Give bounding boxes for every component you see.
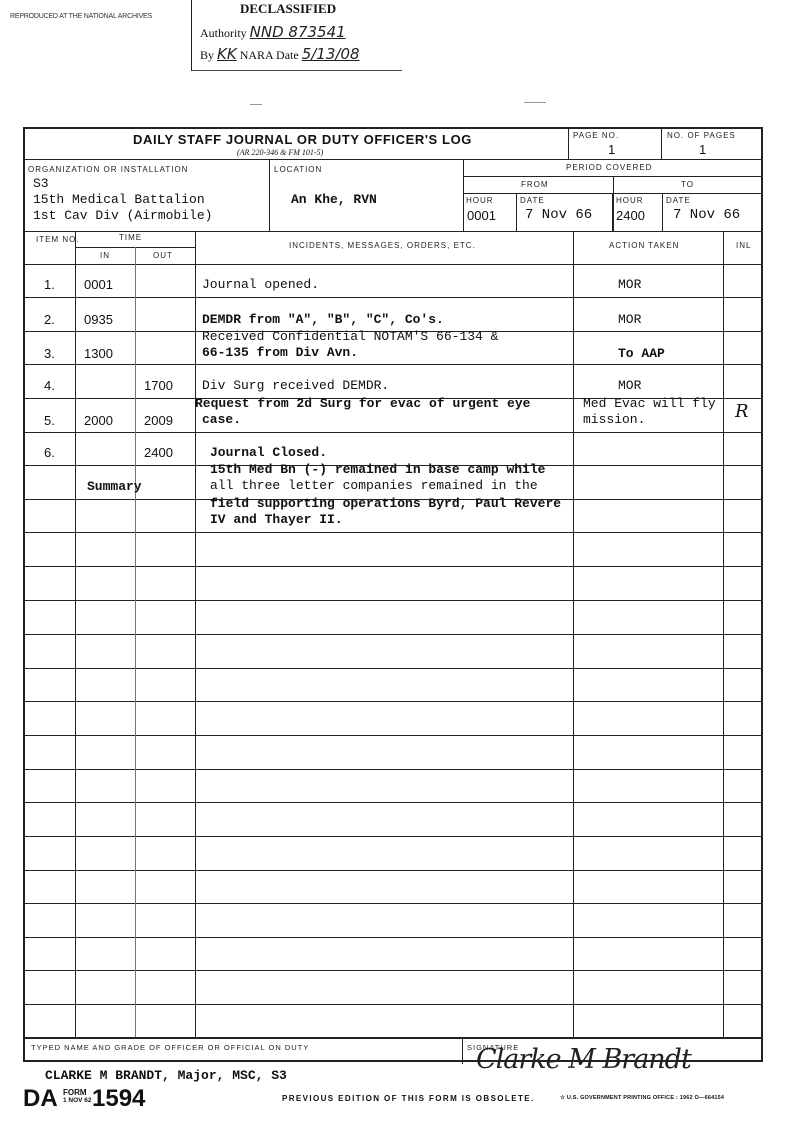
time-out: 2400 — [144, 445, 173, 460]
summary-line: field supporting operations Byrd, Paul R… — [210, 496, 561, 511]
summary-line: IV and Thayer II. — [210, 512, 343, 527]
time-header: TIME — [119, 233, 142, 242]
inl-header: INL — [736, 241, 751, 250]
scan-mark — [524, 102, 546, 103]
location-label: LOCATION — [274, 165, 322, 174]
time-in: 1300 — [84, 346, 113, 361]
form-title: DAILY STAFF JOURNAL OR DUTY OFFICER'S LO… — [133, 132, 472, 147]
incidents-header: INCIDENTS, MESSAGES, ORDERS, ETC. — [289, 241, 476, 250]
to-date-label: DATE — [666, 196, 691, 205]
by-label: By — [200, 48, 214, 62]
incident-text: Journal opened. — [202, 277, 319, 292]
rule — [463, 176, 761, 177]
from-label: FROM — [521, 180, 549, 189]
no-of-pages: 1 — [699, 142, 706, 157]
declassified-title: DECLASSIFIED — [240, 1, 336, 17]
action-text: MOR — [618, 378, 641, 393]
summary-line: all three letter companies remained in t… — [210, 478, 538, 493]
typed-name-label: TYPED NAME AND GRADE OF OFFICER OR OFFIC… — [31, 1043, 309, 1052]
item-no: 6. — [44, 445, 55, 460]
item-no-header: ITEM NO. — [36, 235, 80, 244]
from-hour: 0001 — [467, 208, 496, 223]
action-text: To AAP — [618, 346, 665, 361]
page-no: 1 — [608, 142, 615, 157]
to-hour-label: HOUR — [616, 196, 644, 205]
time-in: 0935 — [84, 312, 113, 327]
item-no: 1. — [44, 277, 55, 292]
incident-text: DEMDR from "A", "B", "C", Co's. — [202, 312, 444, 327]
from-date-label: DATE — [520, 196, 545, 205]
time-in: 0001 — [84, 277, 113, 292]
from-hour-label: HOUR — [466, 196, 494, 205]
form-edition: FORM 1 NOV 62 — [63, 1089, 92, 1105]
nara-date-label: NARA Date — [240, 48, 299, 62]
time-out: 1700 — [144, 378, 173, 393]
rule — [25, 159, 761, 160]
organization-label: ORGANIZATION OR INSTALLATION — [28, 165, 188, 174]
to-hour: 2400 — [616, 208, 645, 223]
form-number: 1594 — [92, 1085, 145, 1113]
item-no: 5. — [44, 413, 55, 428]
incident-text: case. — [202, 412, 241, 427]
authority-value: NND 873541 — [250, 23, 346, 41]
from-date: 7 Nov 66 — [525, 207, 592, 223]
time-out: 2009 — [144, 413, 173, 428]
rule — [25, 231, 761, 232]
to-label: TO — [681, 180, 694, 189]
by-line: By KK NARA Date 5/13/08 — [200, 45, 360, 63]
action-text: MOR — [618, 277, 641, 292]
period-covered-label: PERIOD COVERED — [566, 163, 652, 172]
authority-line: Authority NND 873541 — [200, 23, 346, 41]
declassified-stamp: DECLASSIFIED Authority NND 873541 By KK … — [191, 0, 402, 71]
gpo-note: ☆ U.S. GOVERNMENT PRINTING OFFICE : 1962… — [560, 1095, 724, 1101]
action-taken-header: ACTION TAKEN — [609, 241, 679, 250]
signature: Clarke M Brandt — [476, 1044, 691, 1075]
scan-mark — [250, 104, 262, 105]
form-subtitle: (AR 220-346 & FM 101-5) — [237, 148, 323, 157]
action-text: Med Evac will fly — [583, 396, 716, 411]
page-no-label: PAGE NO. — [573, 131, 619, 140]
to-date: 7 Nov 66 — [673, 207, 740, 223]
organization-line: S3 — [33, 176, 49, 191]
action-text: MOR — [618, 312, 641, 327]
item-no: 2. — [44, 312, 55, 327]
form-prefix: DA — [23, 1085, 58, 1113]
typed-name: CLARKE M BRANDT, Major, MSC, S3 — [45, 1068, 287, 1083]
incident-text: Div Surg received DEMDR. — [202, 378, 389, 393]
journal-form: DAILY STAFF JOURNAL OR DUTY OFFICER'S LO… — [23, 127, 763, 1062]
nara-date-value: 5/13/08 — [302, 45, 360, 63]
incident-text: Request from 2d Surg for evac of urgent … — [195, 396, 530, 411]
summary-line: 15th Med Bn (-) remained in base camp wh… — [210, 462, 545, 477]
in-header: IN — [100, 251, 110, 260]
authority-label: Authority — [200, 26, 247, 40]
incident-text: 66-135 from Div Avn. — [202, 345, 358, 360]
by-value: KK — [217, 45, 237, 63]
summary-label: Summary — [87, 479, 142, 494]
form-date: 1 NOV 62 — [63, 1097, 92, 1105]
incident-text: Journal Closed. — [210, 445, 327, 460]
organization-line: 1st Cav Div (Airmobile) — [33, 208, 212, 223]
action-text: mission. — [583, 412, 645, 427]
previous-edition-note: PREVIOUS EDITION OF THIS FORM IS OBSOLET… — [282, 1094, 535, 1103]
item-no: 3. — [44, 346, 55, 361]
no-of-pages-label: NO. OF PAGES — [667, 131, 736, 140]
out-header: OUT — [153, 251, 173, 260]
archive-stamp: REPRODUCED AT THE NATIONAL ARCHIVES — [10, 13, 152, 20]
location: An Khe, RVN — [291, 192, 377, 207]
form-word: FORM — [63, 1089, 92, 1097]
item-no: 4. — [44, 378, 55, 393]
initials-mark: R — [735, 401, 749, 422]
incident-text: Received Confidential NOTAM'S 66-134 & — [202, 329, 498, 344]
time-in: 2000 — [84, 413, 113, 428]
organization-line: 15th Medical Battalion — [33, 192, 205, 207]
